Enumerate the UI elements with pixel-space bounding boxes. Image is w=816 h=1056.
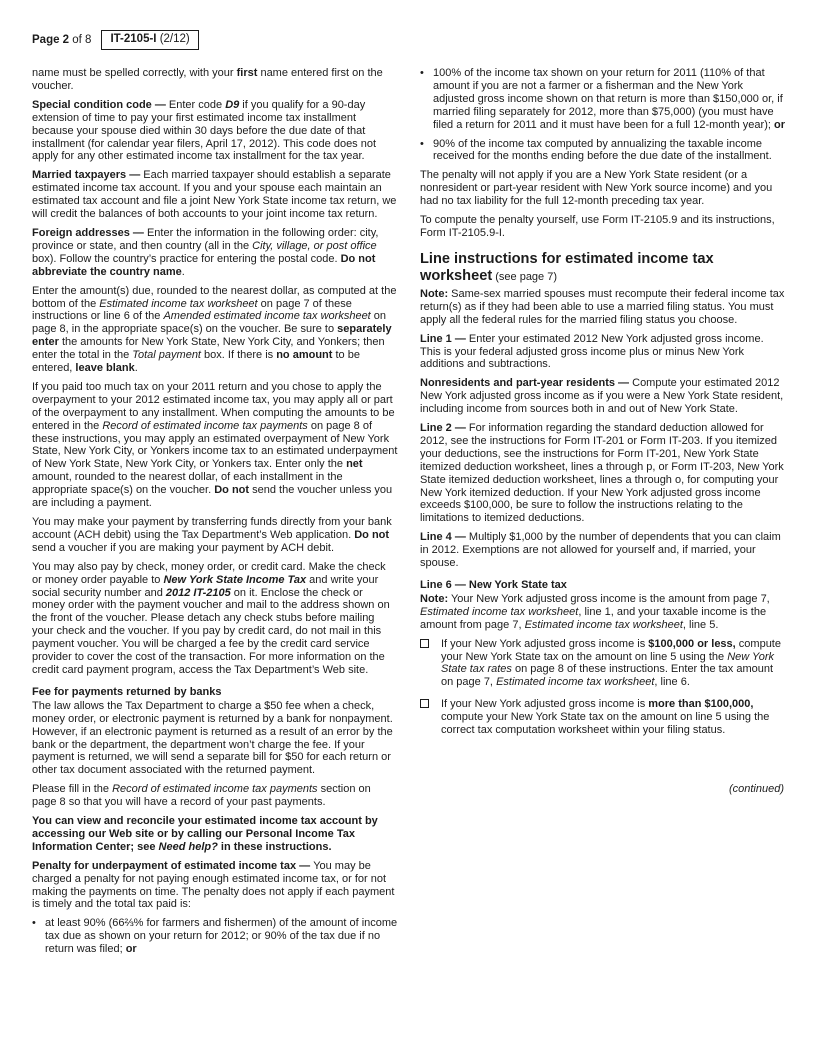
text-run: 90% of the income tax computed by annual… [433,138,772,163]
text-run: The law allows the Tax Department to cha… [32,700,393,777]
text-run: Line 1 — [420,333,469,345]
text-run: $100,000 or less, [648,638,735,650]
paragraph: Foreign addresses — Enter the informatio… [32,227,398,279]
text-run: Estimated income tax worksheet [420,606,578,618]
text-run: leave blank [75,362,134,374]
text-run: Nonresidents and part-year residents — [420,377,632,389]
document-page: Page 2 of 8 IT-2105-I (2/12) name must b… [0,0,816,1056]
text-run: Married taxpayers — [32,169,143,181]
text-run: send a voucher if you are making your pa… [32,542,334,554]
left-column: name must be spelled correctly, with you… [32,67,398,962]
text-run: 2012 IT-2105 [166,587,231,599]
text-run: D9 [225,99,239,111]
text-run: Do not [214,484,249,496]
text-run: Same-sex married spouses must recompute … [420,288,784,326]
text-run: Line 4 — [420,531,469,543]
text-run: Note: [420,288,448,300]
text-run: Line 2 — [420,422,469,434]
text-run: Special condition code — [32,99,169,111]
form-number-box: IT-2105-I (2/12) [101,30,198,50]
text-run: For information regarding the standard d… [420,422,784,524]
page-number-rest: of 8 [69,34,91,46]
text-run: Foreign addresses — [32,227,147,239]
text-run: net [346,458,363,470]
text-run: at least 90% (66⅔% for farmers and fishe… [45,917,397,955]
text-run: Please fill in the [32,783,112,795]
page-number-bold: Page 2 [32,34,69,46]
text-run: 100% of the income tax shown on your ret… [433,67,783,131]
text-run: Need help? [159,841,218,853]
text-run: (continued) [729,783,784,795]
paragraph: Enter the amount(s) due, rounded to the … [32,285,398,375]
paragraph: Note: Same-sex married spouses must reco… [420,288,786,327]
text-run: name must be spelled correctly, with you… [32,67,237,79]
text-run: If your New York adjusted gross income i… [441,698,648,710]
paragraph: The penalty will not apply if you are a … [420,169,786,208]
sub-heading: Line 6 — New York State tax [420,579,786,592]
checkbox-square [420,639,429,648]
bullet-icon: • [420,138,433,164]
paragraph: Line 1 — Enter your estimated 2012 New Y… [420,333,786,372]
checkbox-icon [420,638,441,690]
form-number-rest: (2/12) [157,33,190,45]
text-run: You may make your payment by transferrin… [32,516,392,541]
text-run: , line 5. [683,619,718,631]
item-text: 100% of the income tax shown on your ret… [433,67,786,132]
page-header: Page 2 of 8 IT-2105-I (2/12) [32,30,786,50]
item-text: 90% of the income tax computed by annual… [433,138,786,164]
text-run: Enter code [169,99,225,111]
bullet-icon: • [32,917,45,956]
paragraph: To compute the penalty yourself, use For… [420,214,786,240]
paragraph: Line 4 — Multiply $1,000 by the number o… [420,531,786,570]
text-run: To compute the penalty yourself, use For… [420,214,775,239]
bullet-item: •100% of the income tax shown on your re… [420,67,786,132]
text-run: Record of estimated income tax payments [112,783,317,795]
text-run: Estimated income tax worksheet [99,298,257,310]
text-run: Your New York adjusted gross income is t… [448,593,770,605]
item-text: If your New York adjusted gross income i… [441,638,786,690]
text-run: Do not [354,529,389,541]
text-run: . [135,362,138,374]
paragraph: Penalty for underpayment of estimated in… [32,860,398,912]
text-run: no amount [276,349,332,361]
item-text: at least 90% (66⅔% for farmers and fishe… [45,917,398,956]
paragraph: The law allows the Tax Department to cha… [32,700,398,777]
text-run: If your New York adjusted gross income i… [441,638,648,650]
paragraph: You can view and reconcile your estimate… [32,815,398,854]
text-run: Total payment [132,349,201,361]
text-run: or [126,943,137,955]
section-heading: Line instructions for estimated income t… [420,251,786,286]
text-run: The penalty will not apply if you are a … [420,169,772,207]
text-run: Penalty for underpayment of estimated in… [32,860,313,872]
checkbox-square [420,699,429,708]
text-run: New York State Income Tax [163,574,306,586]
checkbox-icon [420,698,441,737]
text-run: or [774,119,785,131]
paragraph: If you paid too much tax on your 2011 re… [32,381,398,510]
paragraph: Married taxpayers — Each married taxpaye… [32,169,398,221]
text-run: City, village, or post office [252,240,377,252]
text-run: , line 6. [654,676,689,688]
text-run: (see page 7) [492,271,557,283]
text-run: Record of estimated income tax payments [102,420,307,432]
text-run: Estimated income tax worksheet [525,619,683,631]
text-run: Line 6 — New York State tax [420,579,567,591]
paragraph: Special condition code — Enter code D9 i… [32,99,398,164]
bullet-item: •at least 90% (66⅔% for farmers and fish… [32,917,398,956]
text-run: first [237,67,258,79]
text-run: on it. Enclose the check or money order … [32,587,390,676]
page-number-label: Page 2 of 8 [32,34,91,47]
text-run: Estimated income tax worksheet [496,676,654,688]
text-run: Line instructions for estimated income t… [420,251,714,284]
bullet-icon: • [420,67,433,132]
text-run: Enter your estimated 2012 New York adjus… [420,333,764,371]
paragraph: Nonresidents and part-year residents — C… [420,377,786,416]
text-run: box). Follow the country’s practice for … [32,253,341,265]
text-run: Fee for payments returned by banks [32,686,222,698]
text-run: more than $100,000, [648,698,753,710]
paragraph: You may make your payment by transferrin… [32,516,398,555]
sub-heading: Fee for payments returned by banks [32,686,398,699]
text-run: Note: [420,593,448,605]
text-run: in these instructions. [218,841,332,853]
checkbox-item: If your New York adjusted gross income i… [420,698,786,737]
paragraph: name must be spelled correctly, with you… [32,67,398,93]
text-run: compute your New York State tax on the a… [441,711,769,736]
text-run: . [182,266,185,278]
text-run: box. If there is [201,349,276,361]
two-column-body: name must be spelled correctly, with you… [32,67,786,962]
item-text: If your New York adjusted gross income i… [441,698,786,737]
bullet-item: •90% of the income tax computed by annua… [420,138,786,164]
text-run: Multiply $1,000 by the number of depende… [420,531,781,569]
checkbox-item: If your New York adjusted gross income i… [420,638,786,690]
continued-note: (continued) [420,783,784,796]
right-column: •100% of the income tax shown on your re… [420,67,786,962]
paragraph: Please fill in the Record of estimated i… [32,783,398,809]
text-run: Amended estimated income tax worksheet [163,310,370,322]
paragraph: Note: Your New York adjusted gross incom… [420,593,786,632]
form-number-bold: IT-2105-I [110,33,156,45]
paragraph: You may also pay by check, money order, … [32,561,398,677]
paragraph: Line 2 — For information regarding the s… [420,422,786,525]
